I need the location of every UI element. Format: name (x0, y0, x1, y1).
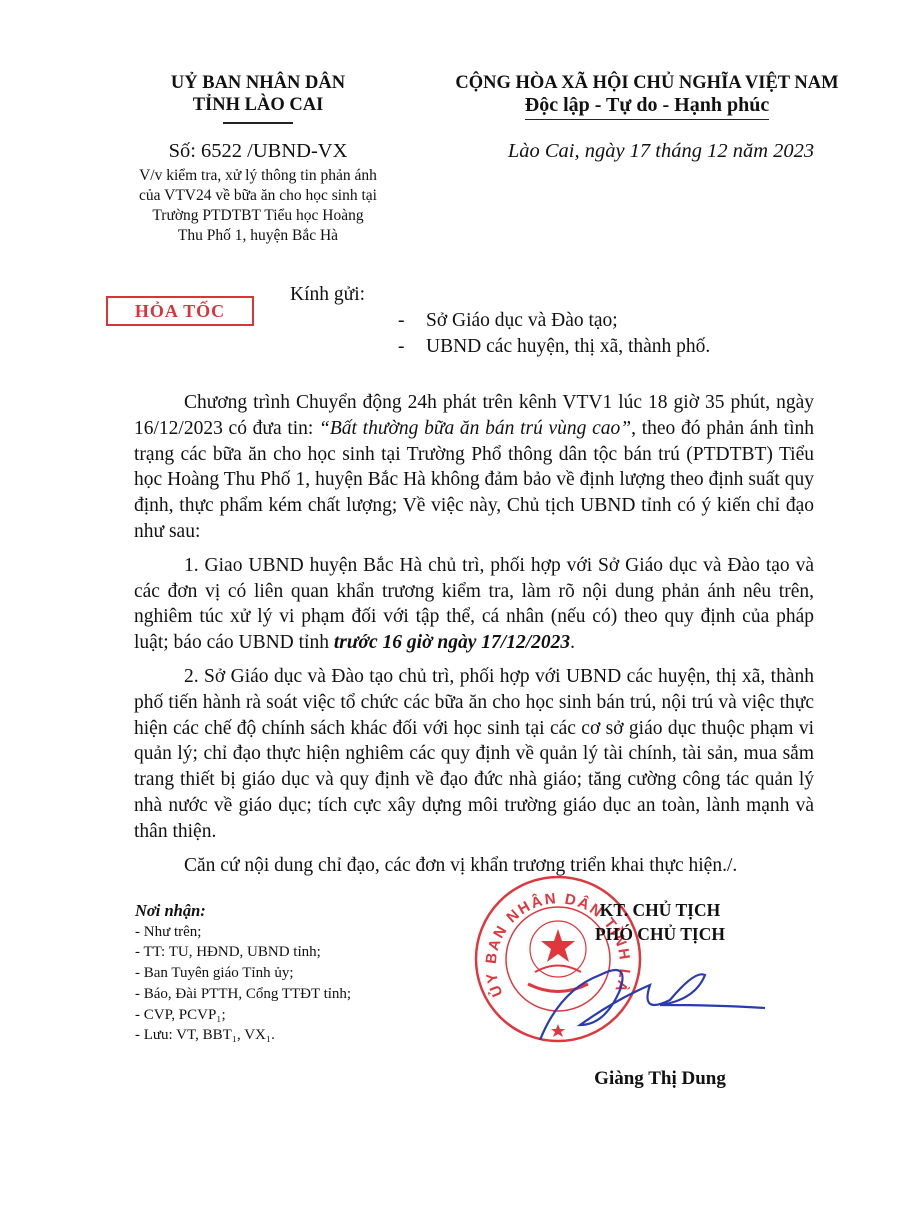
authority-underline (223, 122, 293, 124)
recipients-list: Nơi nhận: - Như trên; - TT: TU, HĐND, UB… (135, 901, 351, 1046)
deadline: trước 16 giờ ngày 17/12/2023 (334, 632, 570, 653)
document-number: Số: 6522 /UBND-VX (120, 140, 396, 163)
recipient-item: - Báo, Đài PTTH, Cổng TTĐT tỉnh; (135, 984, 351, 1005)
report-title-quote: “Bất thường bữa ăn bán trú vùng cao” (319, 418, 631, 439)
issuing-authority: UỶ BAN NHÂN DÂN TỈNH LÀO CAI (128, 72, 388, 124)
recipient-item: - Như trên; (135, 922, 351, 943)
subject-line: của VTV24 về bữa ăn cho học sinh tại (120, 186, 396, 206)
addressee-item: -UBND các huyện, thị xã, thành phố. (398, 336, 710, 358)
subject-line: V/v kiểm tra, xử lý thông tin phản ánh (120, 166, 396, 186)
urgent-stamp: HỎA TỐC (106, 296, 254, 326)
national-header: CỘNG HÒA XÃ HỘI CHỦ NGHĨA VIỆT NAM Độc l… (412, 72, 882, 120)
authority-line-2: TỈNH LÀO CAI (128, 94, 388, 116)
paragraph-directive-2: 2. Sở Giáo dục và Đào tạo chủ trì, phối … (134, 664, 814, 845)
paragraph-intro: Chương trình Chuyển động 24h phát trên k… (134, 390, 814, 545)
authority-line-1: UỶ BAN NHÂN DÂN (128, 72, 388, 94)
addressee-item: -Sở Giáo dục và Đào tạo; (398, 310, 618, 332)
handwritten-signature-icon (520, 930, 800, 1040)
bullet-dash: - (398, 336, 426, 358)
nation-name: CỘNG HÒA XÃ HỘI CHỦ NGHĨA VIỆT NAM (412, 72, 882, 94)
signatory-title: KT. CHỦ TỊCH PHÓ CHỦ TỊCH (590, 898, 730, 946)
recipient-item: - TT: TU, HĐND, UBND tỉnh; (135, 942, 351, 963)
recipient-item: - Ban Tuyên giáo Tỉnh ủy; (135, 963, 351, 984)
national-motto: Độc lập - Tự do - Hạnh phúc (525, 94, 769, 120)
recipient-item: - CVP, PCVP₁; (135, 1005, 351, 1026)
subject-line: Thu Phố 1, huyện Bắc Hà (120, 226, 396, 246)
greeting: Kính gửi: (290, 284, 365, 306)
signatory-name: Giàng Thị Dung (560, 1068, 760, 1090)
bullet-dash: - (398, 310, 426, 332)
paragraph-directive-1: 1. Giao UBND huyện Bắc Hà chủ trì, phối … (134, 553, 814, 656)
document-body: Chương trình Chuyển động 24h phát trên k… (134, 390, 814, 886)
subject-line: Trường PTDTBT Tiểu học Hoàng (120, 206, 396, 226)
recipient-item: - Lưu: VT, BBT₁, VX₁. (135, 1025, 351, 1046)
document-subject: V/v kiểm tra, xử lý thông tin phản ánh c… (120, 166, 396, 246)
place-and-date: Lào Cai, ngày 17 tháng 12 năm 2023 (446, 140, 876, 163)
signatory-title-line-1: KT. CHỦ TỊCH (590, 898, 730, 922)
recipients-title: Nơi nhận: (135, 901, 351, 922)
signatory-title-line-2: PHÓ CHỦ TỊCH (590, 922, 730, 946)
